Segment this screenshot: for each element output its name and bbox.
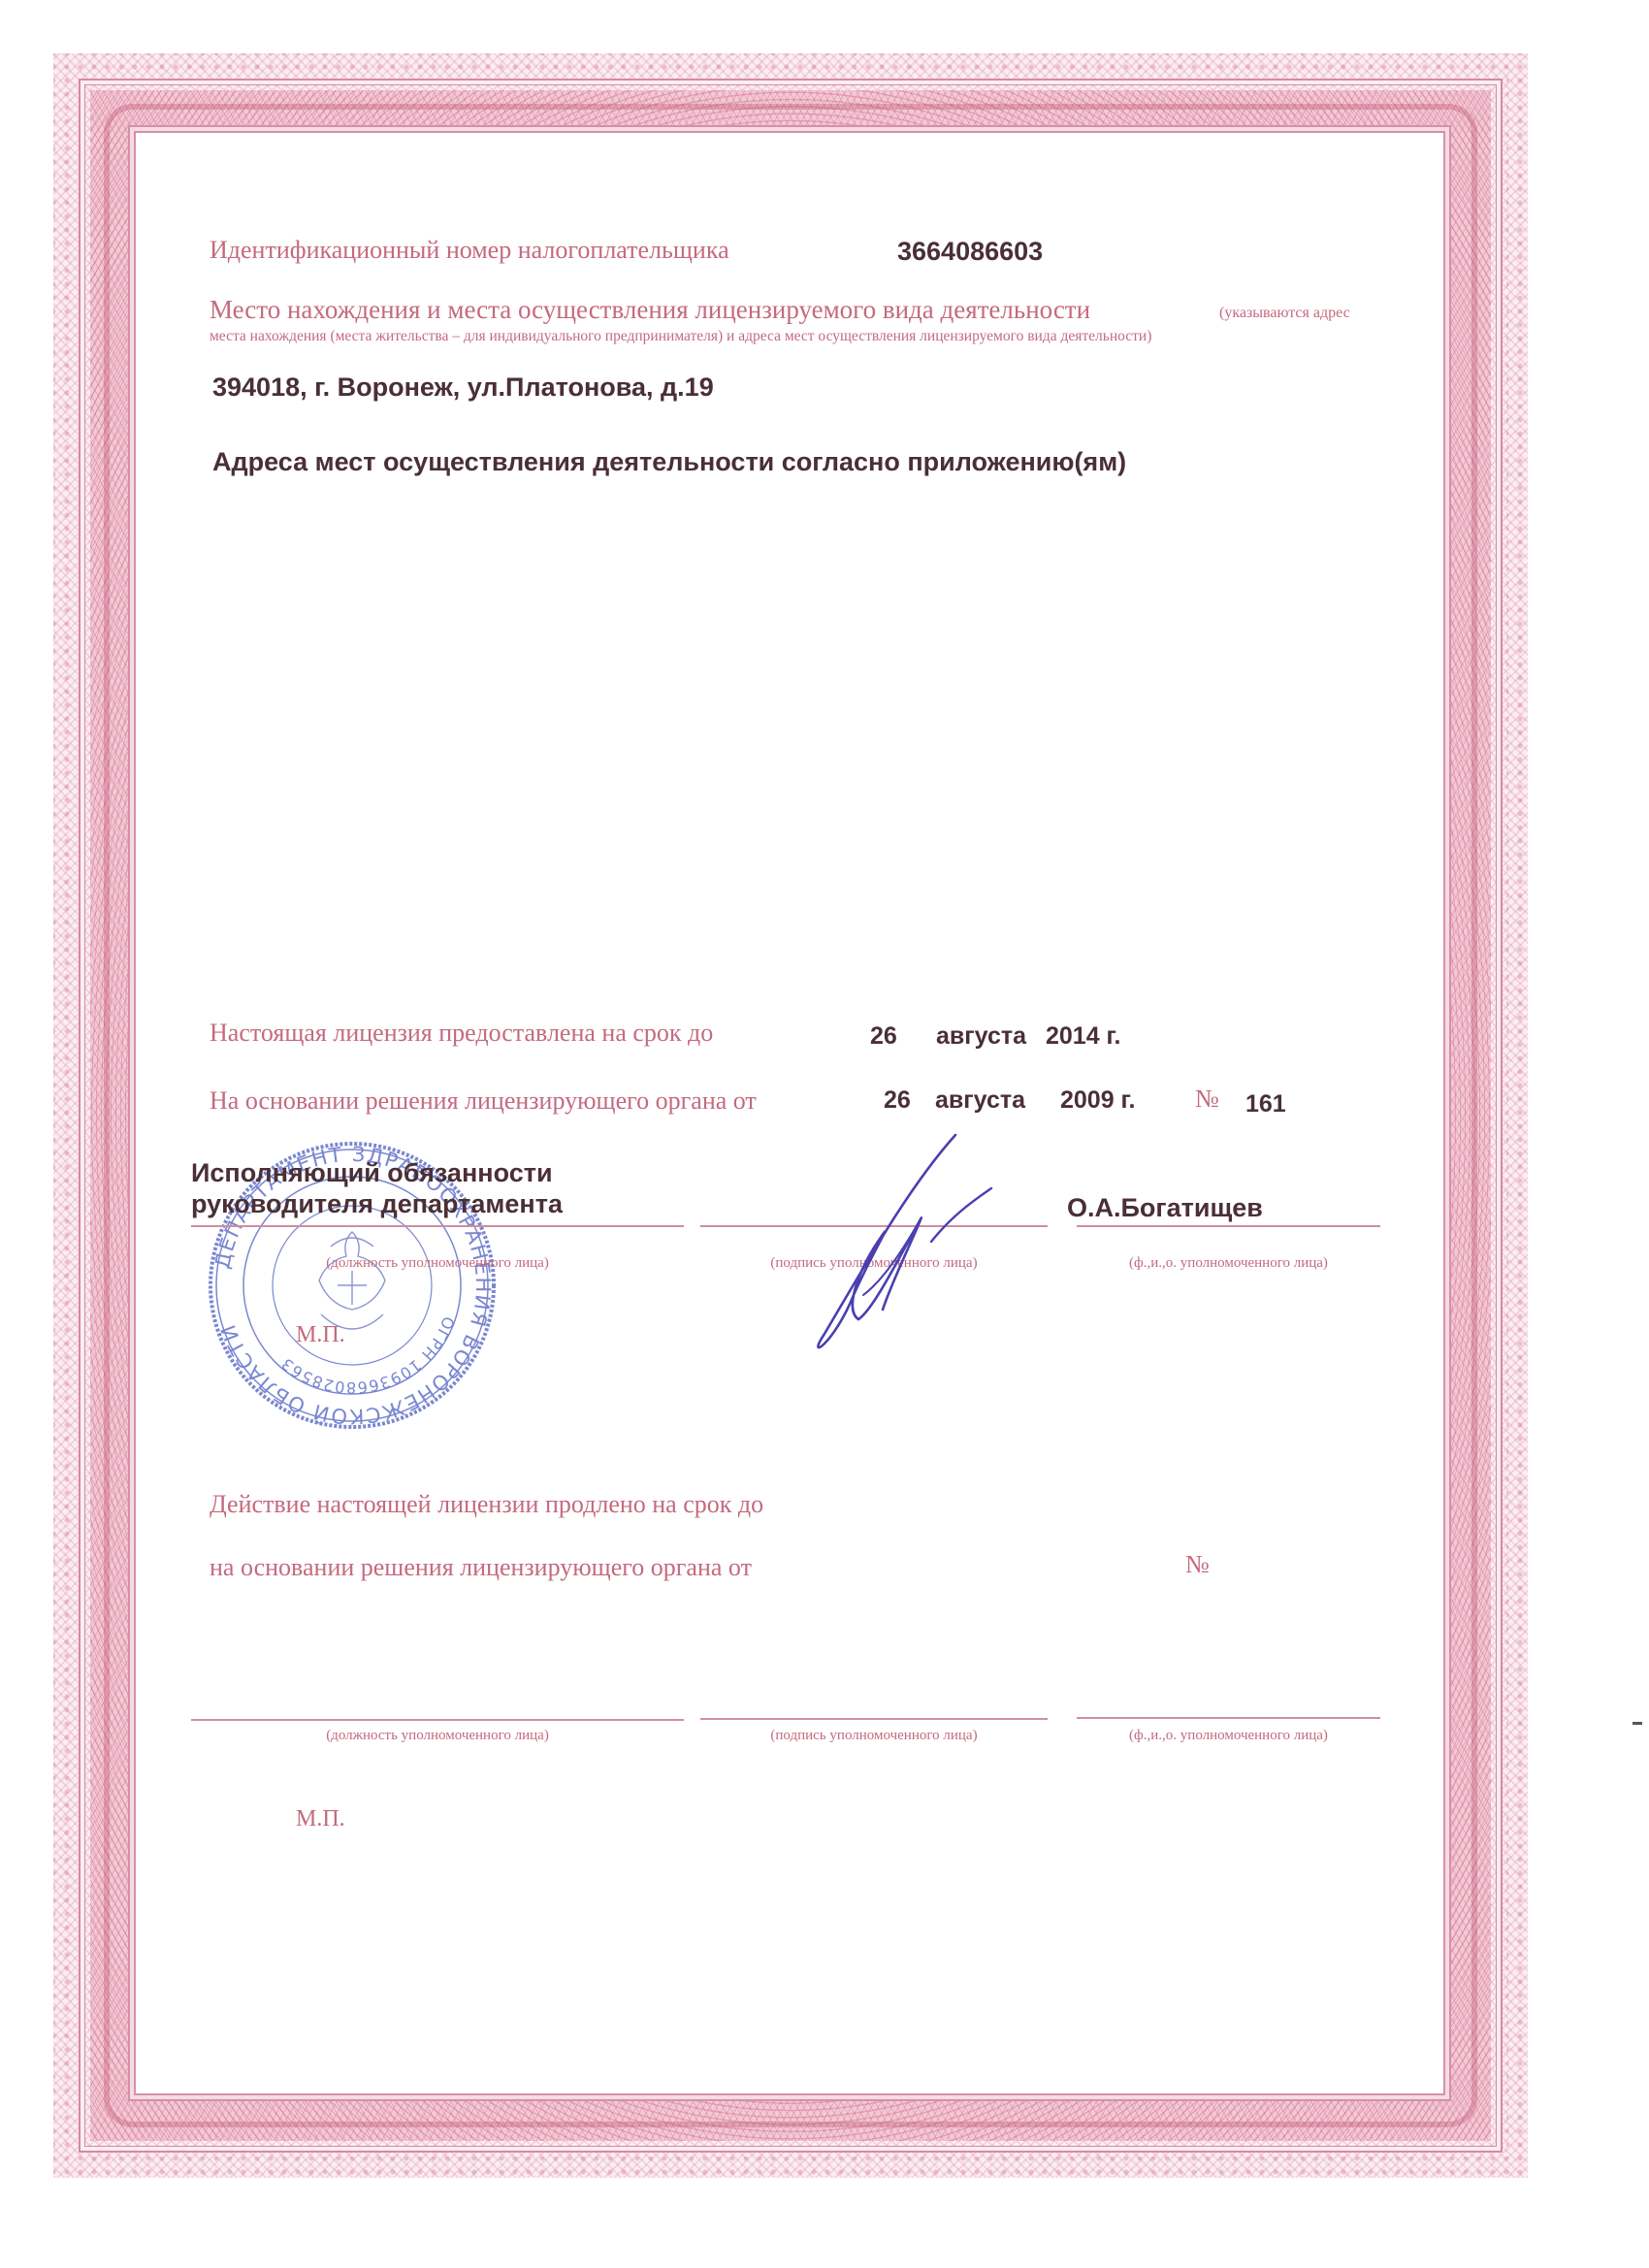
activity-addresses-value: Адреса мест осуществления деятельности с… xyxy=(212,447,1126,477)
taxpayer-id-label: Идентификационный номер налогоплательщик… xyxy=(210,236,729,265)
signatory-name: О.А.Богатищев xyxy=(1067,1193,1263,1223)
location-note-inline: (указываются адрес xyxy=(1219,305,1350,322)
signatory-position-line1: Исполняющий обязанности xyxy=(191,1157,553,1188)
extension-decision-label: на основании решения лицензирующего орга… xyxy=(210,1553,752,1582)
extension-position-caption: (должность уполномоченного лица) xyxy=(191,1728,684,1744)
seal-label: М.П. xyxy=(296,1322,345,1348)
extension-label: Действие настоящей лицензии продлено на … xyxy=(210,1490,763,1519)
validity-month: августа xyxy=(936,1022,1026,1051)
name-line xyxy=(1077,1225,1380,1227)
decision-number: 161 xyxy=(1245,1090,1286,1118)
decision-month: августа xyxy=(935,1086,1025,1115)
handwritten-signature xyxy=(766,1125,999,1358)
location-note: места нахождения (места жительства – для… xyxy=(210,328,1151,345)
validity-day: 26 xyxy=(870,1022,897,1051)
decision-number-sign: № xyxy=(1195,1085,1219,1114)
position-caption: (должность уполномоченного лица) xyxy=(191,1255,684,1272)
extension-signature-line xyxy=(700,1718,1048,1720)
decision-year: 2009 г. xyxy=(1060,1086,1135,1115)
validity-year: 2014 г. xyxy=(1046,1022,1120,1051)
taxpayer-id-value: 3664086603 xyxy=(897,237,1043,267)
document-content: Идентификационный номер налогоплательщик… xyxy=(0,0,1649,2268)
extension-name-line xyxy=(1077,1717,1380,1719)
extension-signature-caption: (подпись уполномоченного лица) xyxy=(700,1728,1048,1744)
extension-number-sign: № xyxy=(1185,1550,1210,1579)
name-caption: (ф.,и.,о. уполномоченного лица) xyxy=(1077,1255,1380,1272)
decision-label: На основании решения лицензирующего орга… xyxy=(210,1086,757,1116)
decision-day: 26 xyxy=(884,1086,911,1115)
extension-seal-label: М.П. xyxy=(296,1806,345,1832)
location-label: Место нахождения и места осуществления л… xyxy=(210,295,1090,325)
scan-edge-mark xyxy=(1633,1722,1642,1725)
position-line xyxy=(191,1225,684,1227)
extension-position-line xyxy=(191,1719,684,1721)
address-value: 394018, г. Воронеж, ул.Платонова, д.19 xyxy=(212,373,714,403)
extension-name-caption: (ф.,и.,о. уполномоченного лица) xyxy=(1077,1728,1380,1744)
validity-label: Настоящая лицензия предоставлена на срок… xyxy=(210,1019,713,1048)
signatory-position-line2: руководителя департамента xyxy=(191,1188,563,1219)
